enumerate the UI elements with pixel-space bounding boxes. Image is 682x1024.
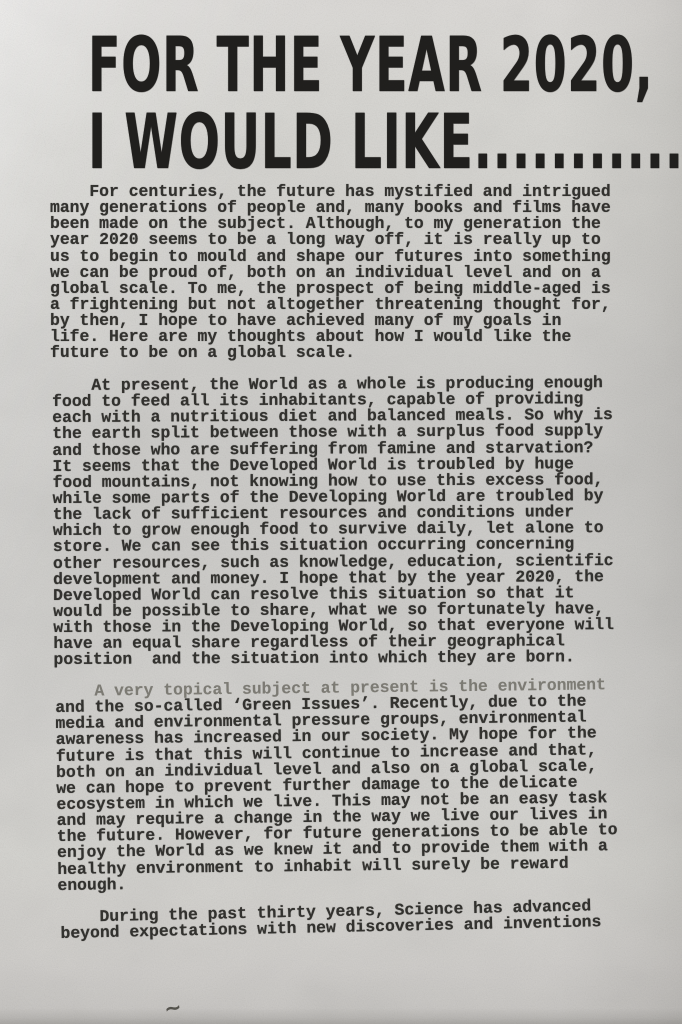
title-line-1: FOR THE YEAR 2020, bbox=[88, 26, 670, 103]
document-title: FOR THE YEAR 2020, I WOULD LIKE.........… bbox=[88, 26, 682, 180]
title-line-2: I WOULD LIKE........... bbox=[88, 103, 682, 180]
paragraph-1: For centuries, the future has mystified … bbox=[50, 184, 638, 362]
pencil-mark: ~ bbox=[162, 995, 184, 1022]
text-line: position and the situation into which th… bbox=[53, 649, 639, 668]
paragraph-3: A very topical subject at present is the… bbox=[55, 677, 641, 894]
paragraph-4: During the past thirty years, Science ha… bbox=[60, 897, 639, 942]
essay-body: For centuries, the future has mystified … bbox=[50, 184, 638, 958]
scanned-essay-page: FOR THE YEAR 2020, I WOULD LIKE.........… bbox=[0, 0, 682, 1024]
text-line: future to be on a global scale. bbox=[50, 345, 638, 361]
paragraph-2: At present, the World as a whole is prod… bbox=[52, 374, 640, 668]
